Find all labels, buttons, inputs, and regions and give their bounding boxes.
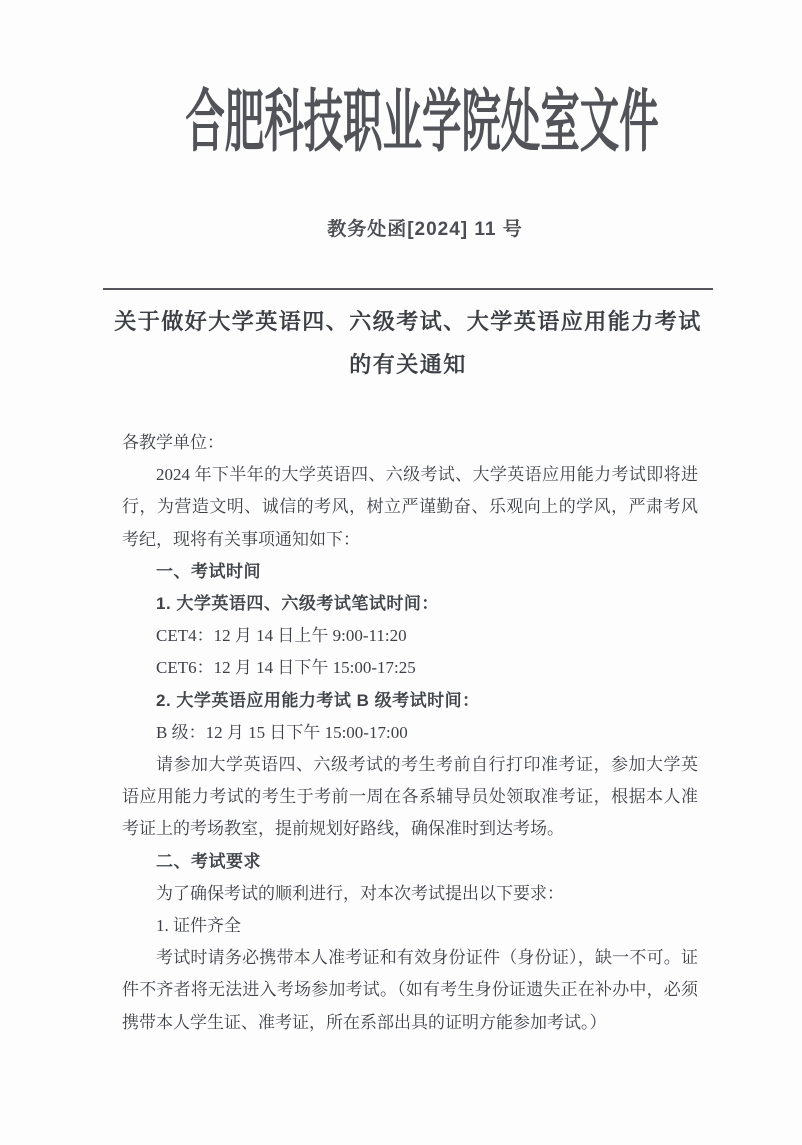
cet-written-exam-time-heading: 1. 大学英语四、六级考试笔试时间： [122, 588, 698, 620]
intro-paragraph: 2024 年下半年的大学英语四、六级考试、大学英语应用能力考试即将进行，为营造文… [122, 459, 698, 556]
salutation: 各教学单位： [122, 427, 698, 459]
letterhead-title-text: 合肥科技职业学院处室文件 [185, 88, 658, 156]
b-level-exam-time-heading: 2. 大学英语应用能力考试 B 级考试时间： [122, 685, 698, 717]
section-one-heading: 一、考试时间 [122, 556, 698, 588]
b-level-time-line: B 级：12 月 15 日下午 15:00-17:00 [122, 717, 698, 749]
requirement-one-heading: 1. 证件齐全 [122, 910, 698, 942]
admission-ticket-paragraph: 请参加大学英语四、六级考试的考生考前自行打印准考证，参加大学英语应用能力考试的考… [122, 749, 698, 846]
notice-title: 关于做好大学英语四、六级考试、大学英语应用能力考试的有关通知 [108, 300, 708, 386]
letterhead-title: 合肥科技职业学院处室文件 [14, 88, 802, 156]
cet6-time-line: CET6：12 月 14 日下午 15:00-17:25 [122, 652, 698, 684]
scanned-document-page: 合肥科技职业学院处室文件 教务处函[2024] 11 号 关于做好大学英语四、六… [0, 0, 802, 1145]
requirement-one-paragraph: 考试时请务必携带本人准考证和有效身份证件（身份证），缺一不可。证件不齐者将无法进… [122, 942, 698, 1039]
cet4-time-line: CET4：12 月 14 日上午 9:00-11:20 [122, 620, 698, 652]
requirements-intro: 为了确保考试的顺利进行，对本次考试提出以下要求： [122, 878, 698, 910]
document-number: 教务处函[2024] 11 号 [24, 214, 802, 241]
document-body: 各教学单位： 2024 年下半年的大学英语四、六级考试、大学英语应用能力考试即将… [122, 427, 698, 1039]
header-divider-line [103, 288, 713, 290]
section-two-heading: 二、考试要求 [122, 846, 698, 878]
